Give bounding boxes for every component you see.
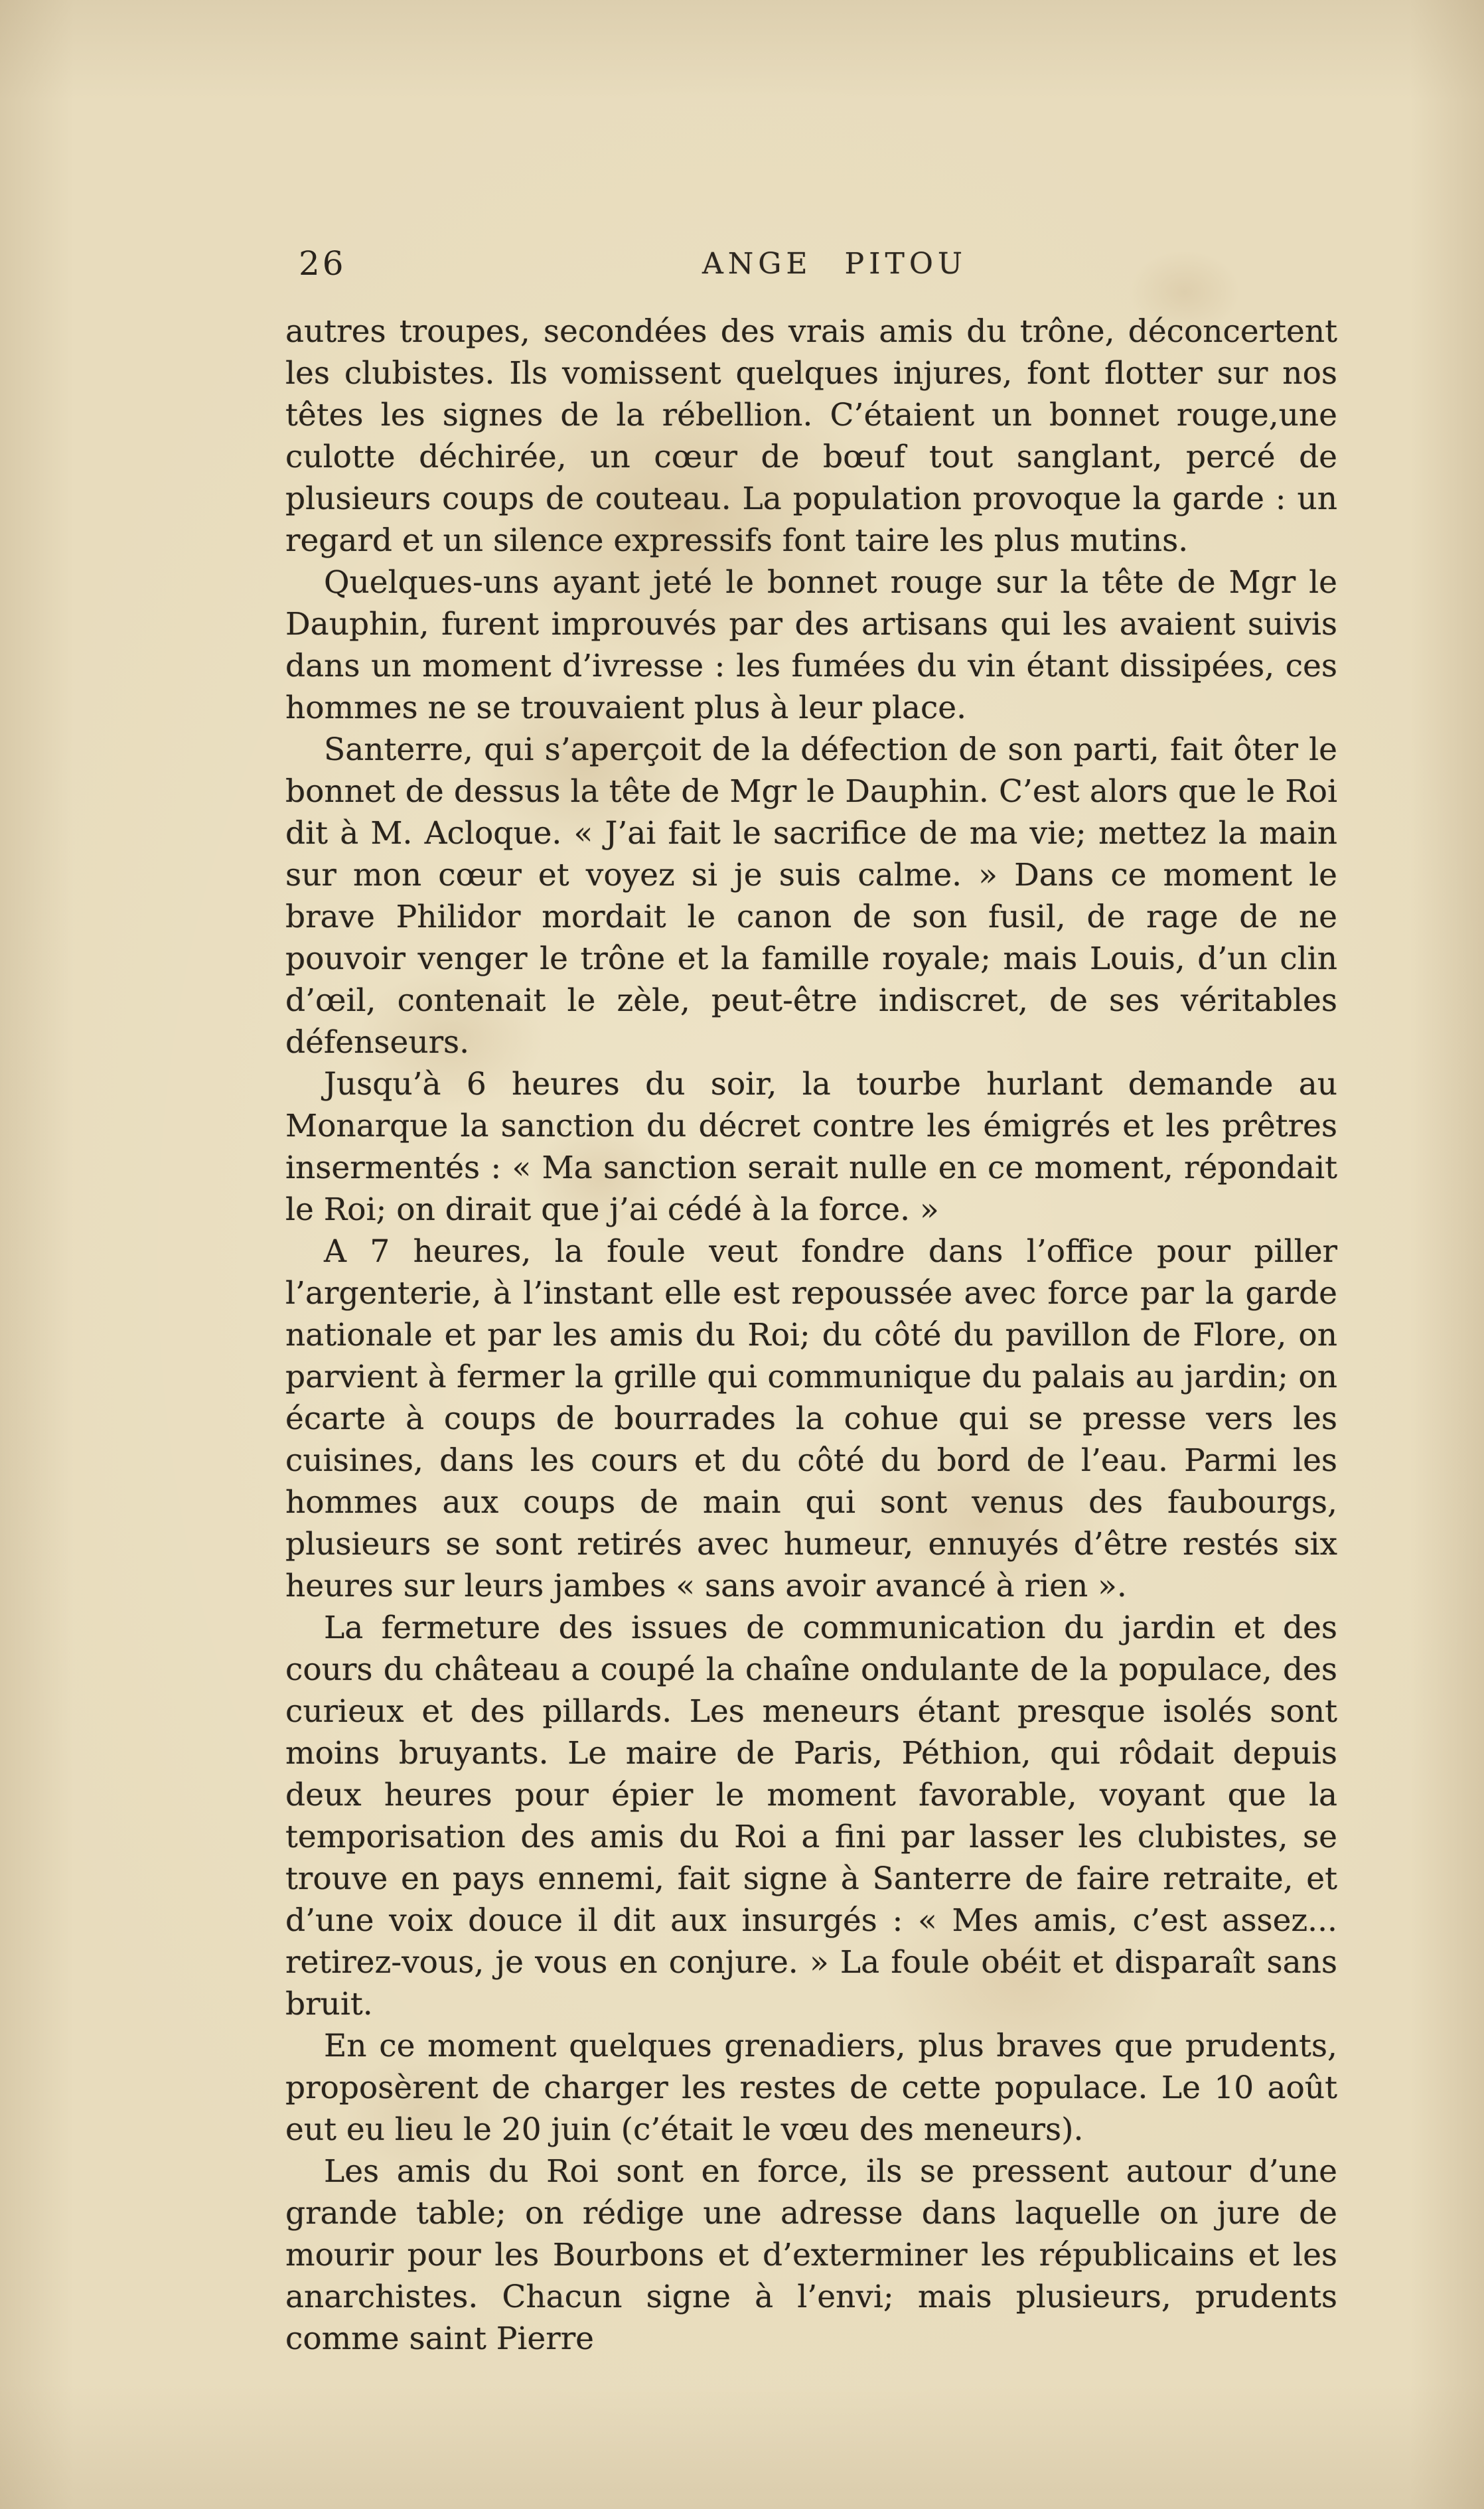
paragraph-1: autres troupes, secondées des vrais amis… [285, 311, 1337, 562]
paragraph-2: Quelques-uns ayant jeté le bonnet rouge … [285, 562, 1337, 729]
running-title: ANGE PITOU [285, 247, 1337, 281]
book-page: 26 ANGE PITOU autres troupes, secondées … [0, 0, 1484, 2509]
paragraph-7: En ce moment quelques grenadiers, plus b… [285, 2025, 1337, 2151]
paragraph-8: Les amis du Roi sont en force, ils se pr… [285, 2151, 1337, 2360]
paragraph-3: Santerre, qui s’aperçoit de la défection… [285, 729, 1337, 1063]
paragraph-6: La fermeture des issues de communication… [285, 1607, 1337, 2025]
page-body: autres troupes, secondées des vrais amis… [285, 311, 1337, 2360]
paragraph-4: Jusqu’à 6 heures du soir, la tourbe hurl… [285, 1063, 1337, 1231]
paragraph-5: A 7 heures, la foule veut fondre dans l’… [285, 1231, 1337, 1607]
page-header: 26 ANGE PITOU [285, 244, 1337, 291]
